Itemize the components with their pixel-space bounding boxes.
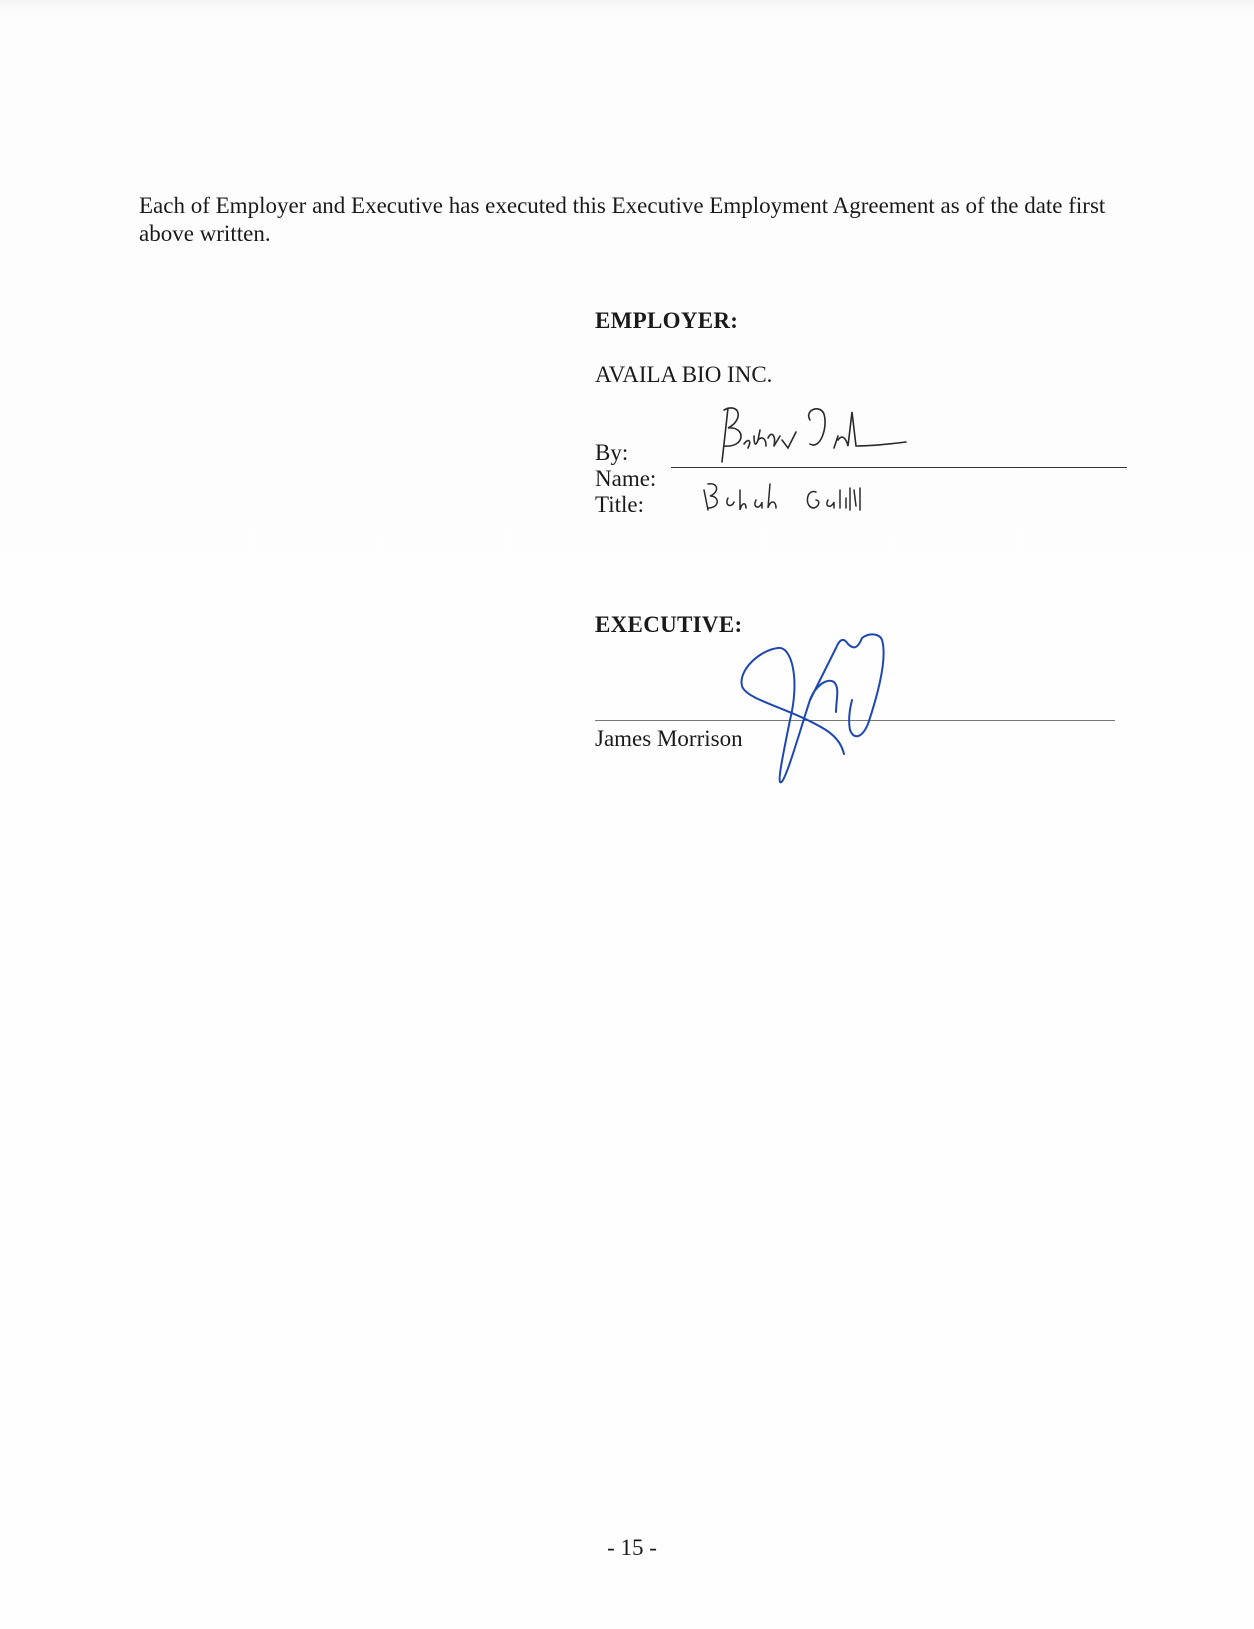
name-label: Name: <box>595 466 656 492</box>
employer-signature <box>710 400 970 470</box>
executive-name: James Morrison <box>595 726 743 752</box>
employer-heading: EMPLOYER: <box>595 308 738 334</box>
by-label: By: <box>595 440 628 466</box>
page-number: - 15 - <box>0 1535 1254 1561</box>
executive-heading: EXECUTIVE: <box>595 612 742 638</box>
executive-signature <box>730 620 950 790</box>
employer-company: AVAILA BIO INC. <box>595 362 772 388</box>
document-page: Each of Employer and Executive has execu… <box>0 0 1254 1629</box>
title-label: Title: <box>595 492 644 518</box>
employer-name-handwritten <box>700 476 940 526</box>
closing-paragraph: Each of Employer and Executive has execu… <box>139 192 1129 248</box>
